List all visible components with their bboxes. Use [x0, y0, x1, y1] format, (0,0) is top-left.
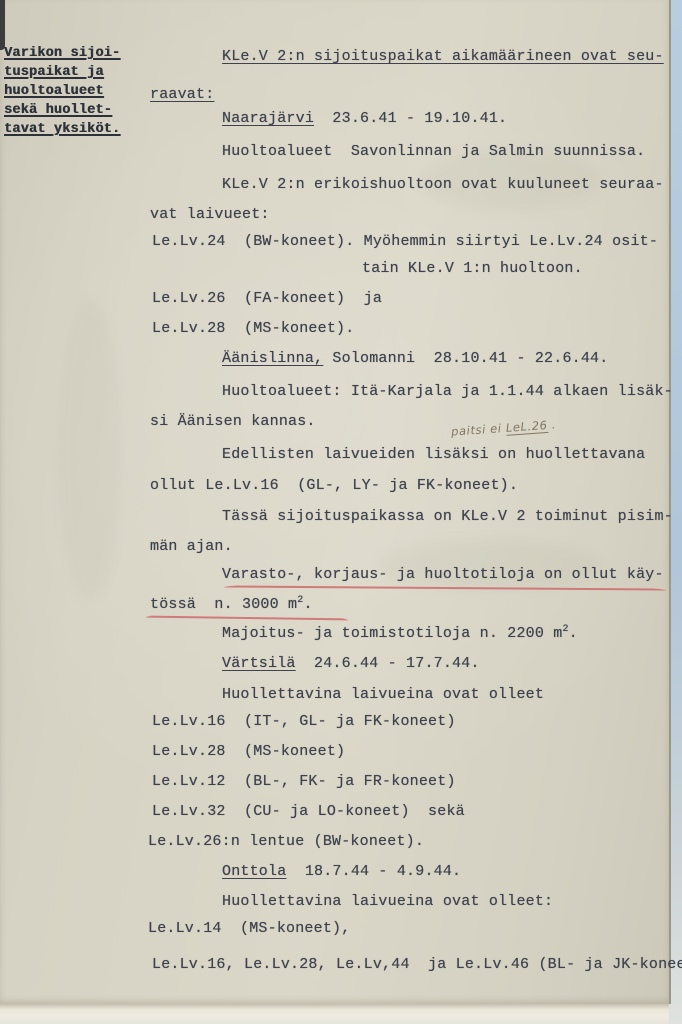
typed-line: KLe.V 2:n erikoishuoltoon ovat kuuluneet… — [222, 176, 664, 194]
typed-line-aanislinna: Äänislinna, Solomanni 28.10.41 - 22.6.44… — [222, 350, 608, 368]
typed-line: vat laivueet: — [150, 206, 270, 224]
typed-line: Tässä sijoituspaikassa on KLe.V 2 toimin… — [222, 508, 673, 526]
scan-corner-artifact — [0, 0, 5, 50]
typed-line: Le.Lv.14 (MS-koneet), — [148, 920, 350, 938]
typed-heading-line: raavat: — [150, 86, 214, 104]
typed-line: Le.Lv.24 (BW-koneet). Myöhemmin siirtyi … — [152, 233, 658, 251]
typed-line-red-marked: tössä n. 3000 m2. — [150, 596, 313, 614]
typed-line: Le.Lv.16 (IT-, GL- ja FK-koneet) — [152, 713, 456, 731]
typed-line: Le.Lv.32 (CU- ja LO-koneet) sekä — [152, 803, 465, 821]
typed-line: män ajan. — [150, 538, 233, 556]
typed-line: Edellisten laivueiden lisäksi on huollet… — [222, 446, 645, 464]
typed-line-vartsila: Värtsilä 24.6.44 - 17.7.44. — [222, 655, 480, 673]
typed-line: si Äänisen kannas. — [150, 413, 316, 431]
margin-note-line: sekä huollet- — [4, 103, 112, 118]
typed-line: ollut Le.Lv.16 (GL-, LY- ja FK-koneet). — [150, 477, 518, 495]
paper-bottom-edge — [0, 1004, 669, 1024]
typed-line-onttola: Onttola 18.7.44 - 4.9.44. — [222, 863, 461, 881]
typed-line: Huollettavina laivueina ovat olleet: — [222, 893, 553, 911]
typed-heading-line: KLe.V 2:n sijoituspaikat aikamäärineen o… — [222, 48, 664, 66]
typed-line: Le.Lv.12 (BL-, FK- ja FR-koneet) — [152, 773, 456, 791]
typed-line: tain KLe.V 1:n huoltoon. — [362, 260, 583, 278]
typed-line: Majoitus- ja toimistotiloja n. 2200 m2. — [222, 625, 578, 643]
scanned-document-page: { "document": { "margin_note": { "line1"… — [0, 0, 682, 1024]
typed-line: Le.Lv.16, Le.Lv.28, Le.Lv,44 ja Le.Lv.46… — [152, 956, 682, 974]
margin-note-line: tuspaikat ja — [4, 65, 104, 80]
typed-line-naarajarvi: Naarajärvi 23.6.41 - 19.10.41. — [222, 110, 507, 128]
typed-line: Le.Lv.26:n lentue (BW-koneet). — [148, 833, 424, 851]
typed-line: Huoltoalueet Savonlinnan ja Salmin suunn… — [222, 143, 645, 161]
typed-line: Le.Lv.26 (FA-koneet) ja — [152, 290, 382, 308]
typed-line: Le.Lv.28 (MS-koneet) — [152, 743, 345, 761]
typed-line-red-marked: Varasto-, korjaus- ja huoltotiloja on ol… — [222, 566, 664, 584]
margin-note-line: tavat yksiköt. — [4, 122, 120, 137]
typed-line: Huoltoalueet: Itä-Karjala ja 1.1.44 alka… — [222, 383, 673, 401]
typed-line: Le.Lv.28 (MS-koneet). — [152, 320, 354, 338]
margin-note-line: huoltoalueet — [4, 84, 104, 99]
typed-line: Huollettavina laivueina ovat olleet — [222, 686, 544, 704]
margin-note-line: Varikon sijoi- — [4, 46, 120, 61]
